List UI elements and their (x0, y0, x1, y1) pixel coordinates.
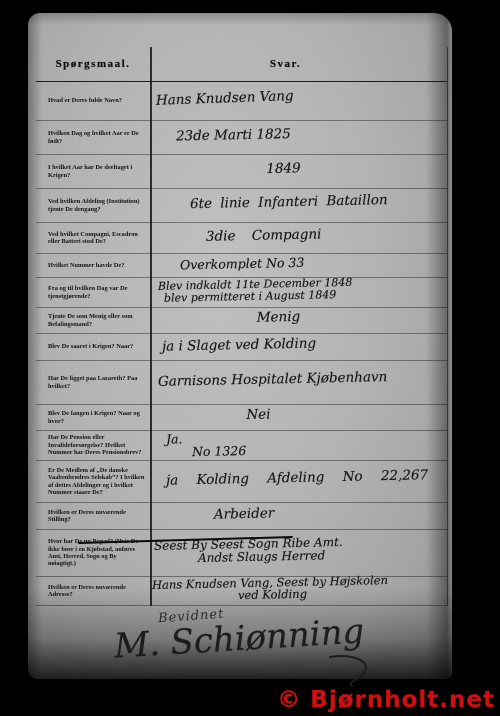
answer-cell: 6te linie Infanteri Bataillon (150, 189, 447, 222)
form-row: Ved hvilket Compagni, Escadron eller Bat… (36, 223, 447, 254)
answer-cell: ja i Slaget ved Kolding (150, 334, 447, 360)
form-row: Blev De saaret i Krigen? Naar? ja i Slag… (36, 334, 447, 361)
form-row: Hvilken er Deres nuværende Stilling? Arb… (36, 503, 447, 530)
handwritten-answer: Arbeider (150, 502, 447, 523)
column-header-svar: Svar. (150, 58, 447, 70)
form-row: Hvilket Nummer havde De? Overkomplet No … (36, 254, 447, 278)
form-row: Hvor har De nu Bopæl? (Hvis De ikke boer… (36, 530, 447, 577)
question-text: Har De Pension eller Invalideforsørgelse… (36, 431, 150, 460)
table-header-row: Spørgsmaal. Svar. (36, 47, 447, 82)
form-row: Hvilken er Deres nuværende Adresse? Hans… (36, 577, 447, 606)
question-text: Har De ligget paa Lazareth? Paa hvilket? (36, 361, 150, 404)
form-row: Hvad er Deres fulde Navn? Hans Knudsen V… (36, 82, 447, 121)
handwritten-answer: Hans Knudsen Vang (150, 83, 447, 108)
answer-cell: Seest By Seest Sogn Ribe Amt. Andst Slau… (150, 530, 447, 576)
scanned-form-page: Spørgsmaal. Svar. Hvad er Deres fulde Na… (28, 13, 452, 679)
form-row: Har De ligget paa Lazareth? Paa hvilket?… (36, 361, 447, 405)
question-text: Ved hvilket Compagni, Escadron eller Bat… (36, 223, 150, 253)
form-row: Har De Pension eller Invalideforsørgelse… (36, 431, 447, 461)
form-row: Er De Medlem af „De danske Vaabenbrødres… (36, 461, 447, 503)
handwritten-answer: 23de Marti 1825 (150, 124, 447, 145)
answer-cell: Hans Knudsen Vang, Seest by Højskolen ve… (150, 577, 447, 605)
form-row: Ved hvilken Afdeling (Institution) tjent… (36, 189, 447, 223)
signature-flourish (326, 653, 396, 687)
question-text: Hvor har De nu Bopæl? (Hvis De ikke boer… (36, 530, 150, 576)
question-answer-table: Spørgsmaal. Svar. Hvad er Deres fulde Na… (36, 47, 448, 606)
handwritten-answer: 3die Compagni (150, 224, 447, 245)
handwritten-answer: ja Kolding Afdeling No 22,267 (150, 468, 447, 489)
copyright-watermark: © Bjørnholt.net (277, 687, 495, 713)
answer-cell: Overkomplet No 33 (150, 254, 447, 277)
answer-cell: 23de Marti 1825 (150, 121, 447, 154)
handwritten-answer: Nei (150, 404, 447, 425)
column-header-sporgsmaal: Spørgsmaal. (36, 58, 150, 70)
question-text: Hvad er Deres fulde Navn? (36, 82, 150, 120)
form-row: Tjente De som Menig eller som Befalingsm… (36, 308, 447, 334)
question-text: Hvilken Dag og hvilket Aar er De født? (36, 121, 150, 154)
question-text: Ved hvilken Afdeling (Institution) tjent… (36, 189, 150, 222)
question-text: Blev De saaret i Krigen? Naar? (36, 334, 150, 360)
answer-cell: Hans Knudsen Vang (150, 82, 447, 120)
form-row: Fra og til hvilken Dag var De tjenstgjør… (36, 278, 447, 308)
form-row: Hvilken Dag og hvilket Aar er De født? 2… (36, 121, 447, 155)
answer-cell: Nei (150, 405, 447, 430)
question-text: Blev De fangen i Krigen? Naar og hvor? (36, 405, 150, 430)
handwritten-answer: 1849 (150, 159, 447, 179)
answer-cell: 3die Compagni (150, 223, 447, 253)
question-text: Tjente De som Menig eller som Befalingsm… (36, 308, 150, 333)
answer-cell: Menig (150, 308, 447, 333)
form-row: I hvilket Aar har De deeltaget i Krigen?… (36, 155, 447, 189)
handwritten-answer: Garnisons Hospitalet Kjøbenhavn (150, 369, 447, 390)
answer-cell: Garnisons Hospitalet Kjøbenhavn (150, 361, 447, 404)
answer-cell: 1849 (150, 155, 447, 188)
answer-cell: Arbeider (150, 503, 447, 529)
handwritten-answer: ja i Slaget ved Kolding (150, 333, 447, 354)
question-text: Hvilken er Deres nuværende Stilling? (36, 503, 150, 529)
question-text: I hvilket Aar har De deeltaget i Krigen? (36, 155, 150, 188)
answer-cell: Blev indkaldt 11te December 1848 blev pe… (150, 278, 447, 307)
question-text: Hvilket Nummer havde De? (36, 254, 150, 277)
answer-cell: Ja. No 1326 (150, 431, 447, 460)
handwritten-answer: Menig (150, 307, 447, 328)
question-text: Er De Medlem af „De danske Vaabenbrødres… (36, 461, 150, 502)
question-text: Fra og til hvilken Dag var De tjenstgjør… (36, 278, 150, 307)
handwritten-answer: 6te linie Infanteri Bataillon (150, 192, 447, 213)
question-text: Hvilken er Deres nuværende Adresse? (36, 577, 150, 605)
answer-cell: ja Kolding Afdeling No 22,267 (150, 461, 447, 502)
handwritten-answer: Overkomplet No 33 (150, 252, 447, 273)
